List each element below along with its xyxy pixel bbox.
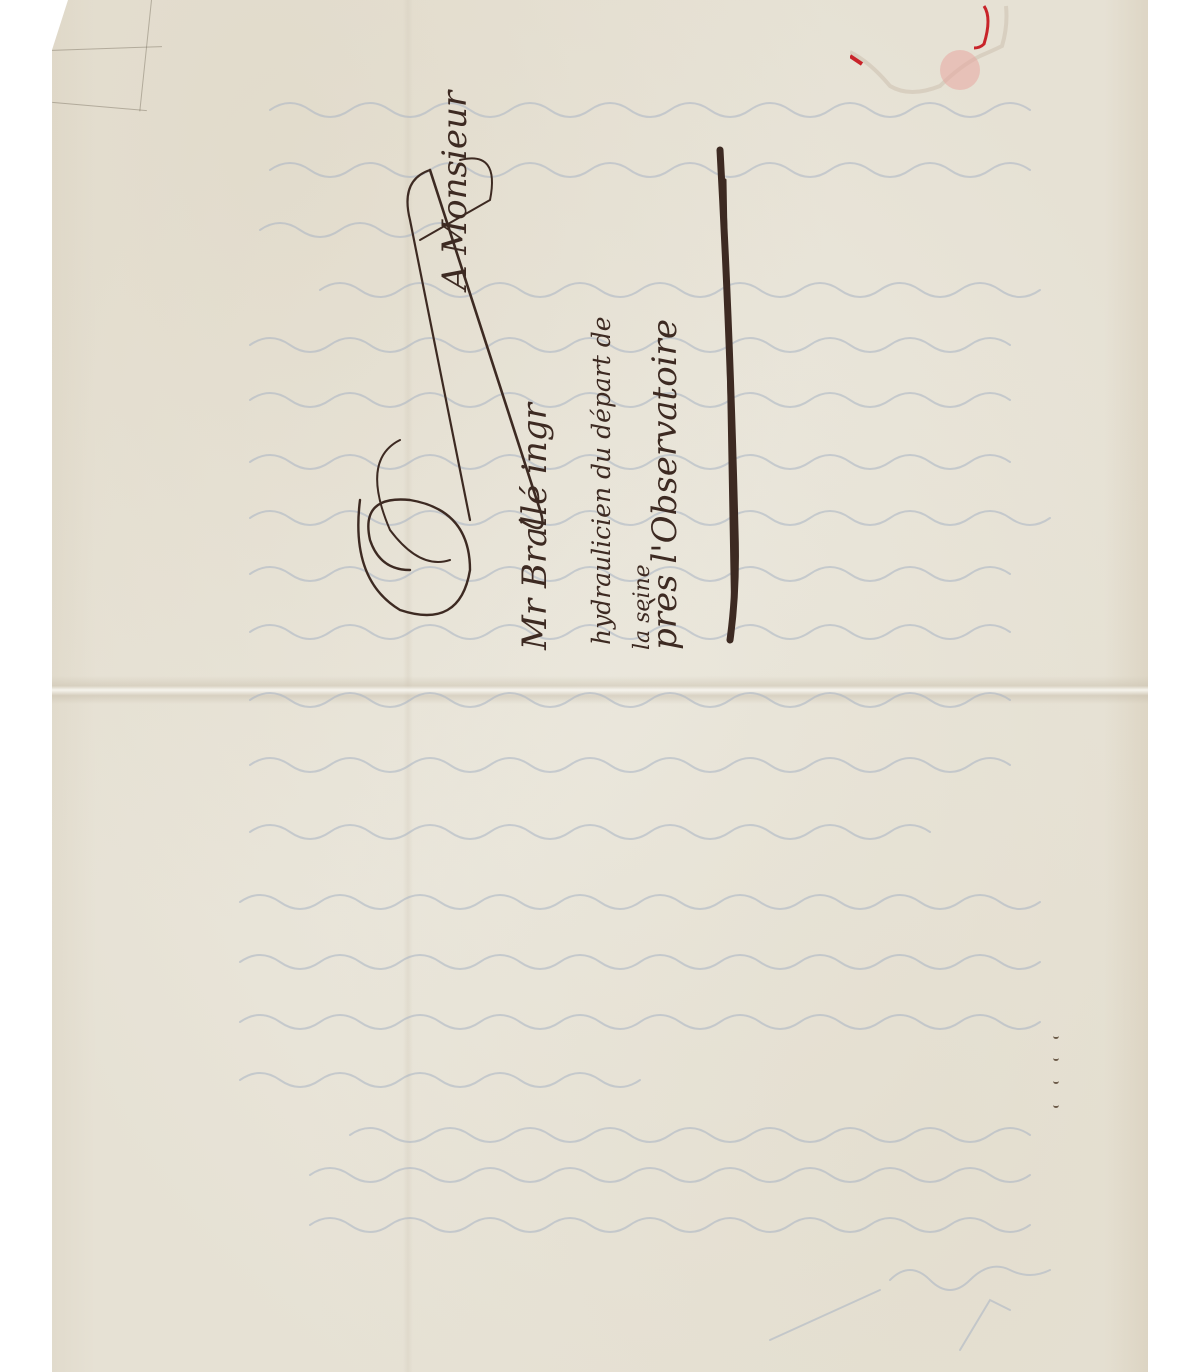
address-line-salutation: A Monsieur xyxy=(435,91,475,290)
horizontal-fold-crease xyxy=(52,676,1148,704)
stitch-hole xyxy=(1053,1055,1059,1061)
address-line-name: Mr Brallé ingr xyxy=(515,403,555,650)
stitch-hole xyxy=(1053,1033,1059,1039)
wax-seal-remnant xyxy=(850,0,1010,100)
stitch-hole xyxy=(1053,1102,1059,1108)
address-block: A Monsieur Mr Brallé ingr hydraulicien d… xyxy=(340,130,760,670)
address-line-title: hydraulicien du départ de xyxy=(587,316,616,645)
stitch-hole xyxy=(1053,1078,1059,1084)
address-line-location: près l'Observatoire xyxy=(645,319,685,650)
